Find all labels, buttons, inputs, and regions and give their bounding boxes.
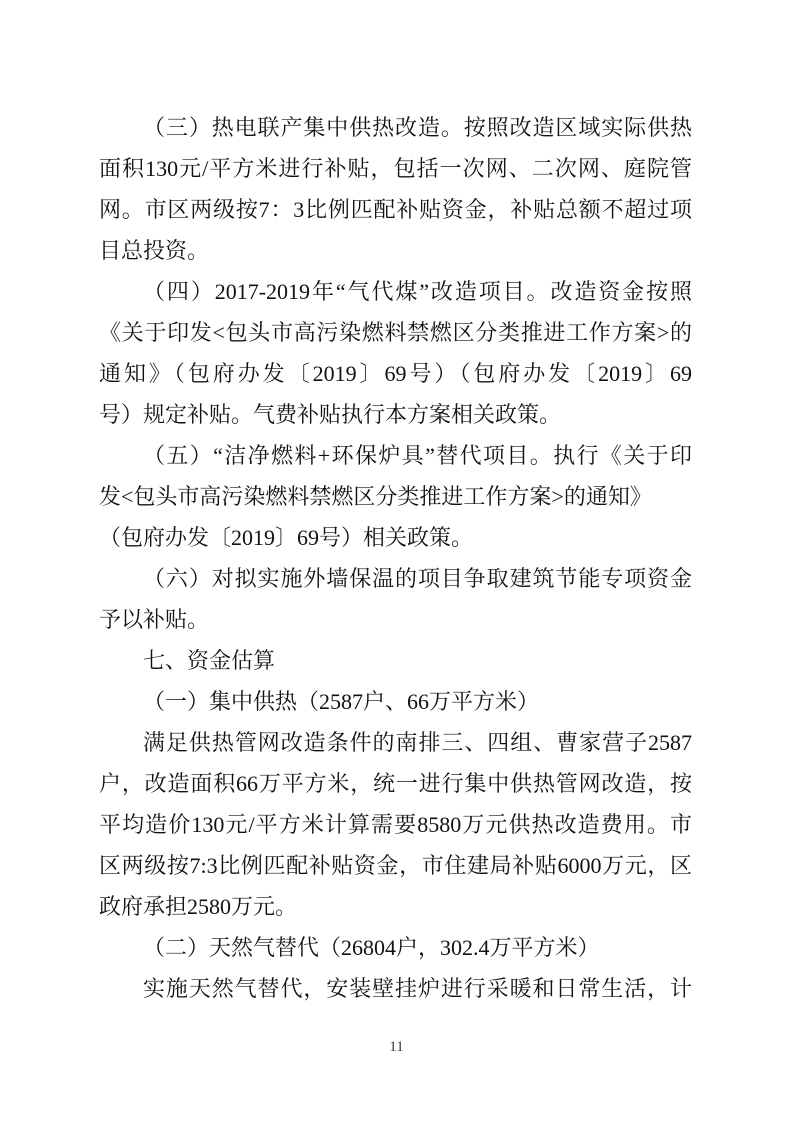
text-line: 满足供热管网改造条件的南排三、四组、曹家营子2587 xyxy=(99,722,692,763)
heading-sub-2-natural-gas: （二）天然气替代（26804户，302.4万平方米） xyxy=(99,927,692,968)
text-line: 户，改造面积66万平方米，统一进行集中供热管网改造，按 xyxy=(99,763,692,804)
text-line-cogeneration-heading: （三）热电联产集中供热改造。按照改造区域实际供热 xyxy=(99,107,692,148)
text-line-wall-insulation: （六）对拟实施外墙保温的项目争取建筑节能专项资金 xyxy=(99,558,692,599)
text-line: （包府办发〔2019〕69号）相关政策。 xyxy=(99,517,692,558)
heading-sub-1-central-heating: （一）集中供热（2587户、66万平方米） xyxy=(99,681,692,722)
text-line: 予以补贴。 xyxy=(99,599,692,640)
page-number: 11 xyxy=(0,1036,793,1058)
text-line: 发<包头市高污染燃料禁燃区分类推进工作方案>的通知》 xyxy=(99,476,692,517)
text-line: 《关于印发<包头市高污染燃料禁燃区分类推进工作方案>的 xyxy=(99,312,692,353)
text-block: （三）热电联产集中供热改造。按照改造区域实际供热 面积130元/平方米进行补贴，… xyxy=(99,107,692,1009)
text-line-clean-fuel-heading: （五）“洁净燃料+环保炉具”替代项目。执行《关于印 xyxy=(99,435,692,476)
text-line: 区两级按7:3比例匹配补贴资金，市住建局补贴6000万元，区 xyxy=(99,845,692,886)
document-page: （三）热电联产集中供热改造。按照改造区域实际供热 面积130元/平方米进行补贴，… xyxy=(0,0,793,1122)
text-line: 网。市区两级按7：3比例匹配补贴资金，补贴总额不超过项 xyxy=(99,189,692,230)
text-line-gas-for-coal-heading: （四）2017-2019年“气代煤”改造项目。改造资金按照 xyxy=(99,271,692,312)
text-line: 政府承担2580万元。 xyxy=(99,886,692,927)
text-line: 号）规定补贴。气费补贴执行本方案相关政策。 xyxy=(99,394,692,435)
text-line: 目总投资。 xyxy=(99,230,692,271)
text-line: 平均造价130元/平方米计算需要8580万元供热改造费用。市 xyxy=(99,804,692,845)
text-line: 面积130元/平方米进行补贴，包括一次网、二次网、庭院管 xyxy=(99,148,692,189)
text-line: 实施天然气替代，安装壁挂炉进行采暖和日常生活，计 xyxy=(99,968,692,1009)
text-line: 通知》（包府办发〔2019〕69号）（包府办发〔2019〕69 xyxy=(99,353,692,394)
heading-section-7-funds-estimate: 七、资金估算 xyxy=(99,640,692,681)
